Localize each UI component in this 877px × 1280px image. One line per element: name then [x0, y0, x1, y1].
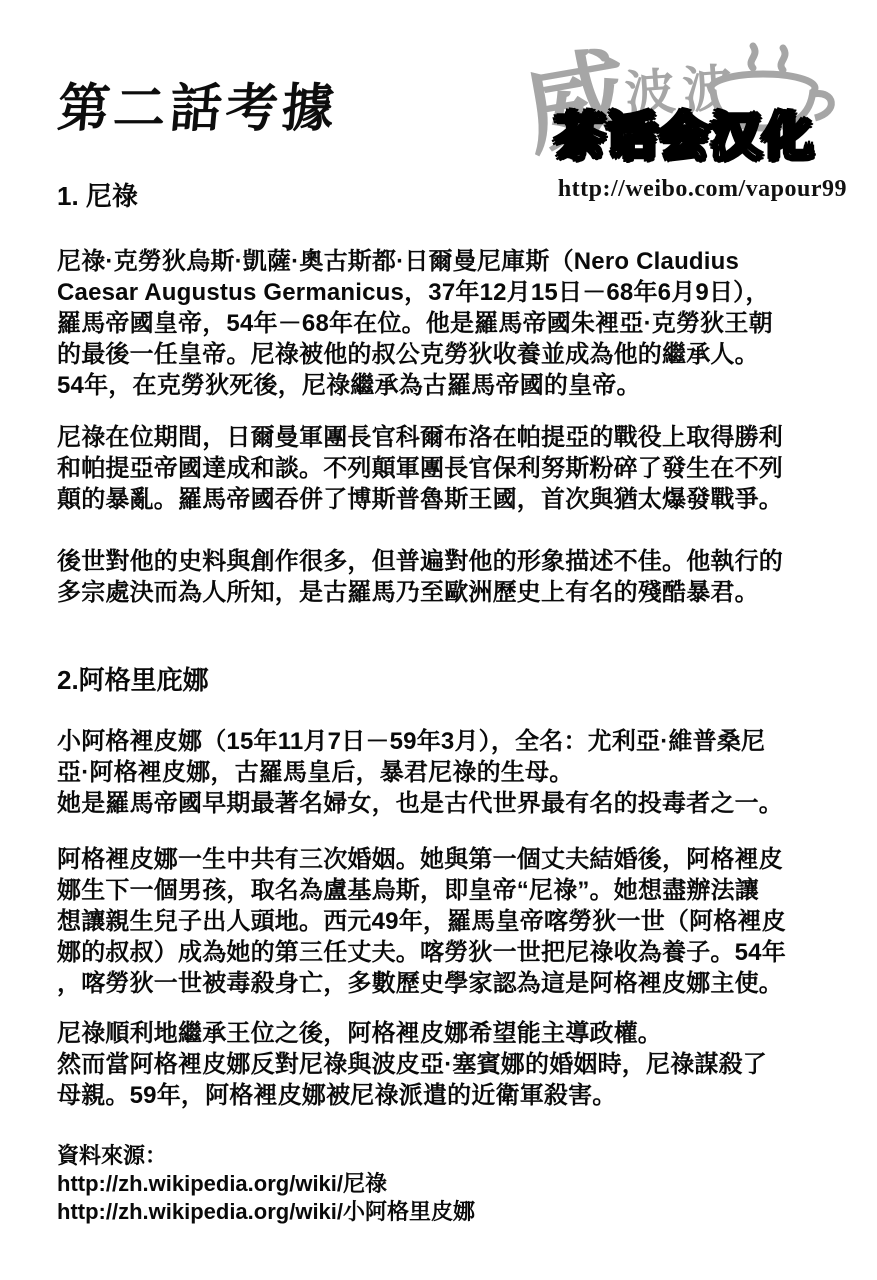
text-line: 尼祿在位期間，日爾曼軍團長官科爾布洛在帕提亞的戰役上取得勝利 — [57, 422, 783, 453]
text-line: 小阿格裡皮娜（15年11月7日－59年3月），全名：尤利亞·維普桑尼 — [57, 726, 783, 757]
text-line: 羅馬帝國皇帝，54年－68年在位。他是羅馬帝國朱裡亞·克勞狄王朝 — [57, 308, 773, 339]
page-title: 第二話考據 — [55, 66, 342, 141]
text-line: 多宗處決而為人所知，是古羅馬乃至歐洲歷史上有名的殘酷暴君。 — [57, 577, 783, 608]
text-line: 亞·阿格裡皮娜，古羅馬皇后，暴君尼祿的生母。 — [57, 757, 783, 788]
section-1-heading: 1. 尼祿 — [57, 176, 138, 213]
section-1-paragraph-2: 尼祿在位期間，日爾曼軍團長官科爾布洛在帕提亞的戰役上取得勝利 和帕提亞帝國達成和… — [57, 422, 783, 515]
scanlation-logo: 威 波波 茶话会汉化 http://weibo.com/vapour99 — [523, 40, 853, 212]
section-1-paragraph-3: 後世對他的史料與創作很多，但普遍對他的形象描述不佳。他執行的 多宗處決而為人所知… — [57, 546, 783, 608]
text-line: ，喀勞狄一世被毒殺身亡，多數歷史學家認為這是阿格裡皮娜主使。 — [57, 968, 786, 999]
text-line: 尼祿·克勞狄烏斯·凱薩·奧古斯都·日爾曼尼庫斯（Nero Claudius — [57, 246, 773, 277]
text-line: 尼祿順利地繼承王位之後，阿格裡皮娜希望能主導政權。 — [57, 1018, 767, 1049]
text-line: 後世對他的史料與創作很多，但普遍對他的形象描述不佳。他執行的 — [57, 546, 783, 577]
text-line: 娜的叔叔）成為她的第三任丈夫。喀勞狄一世把尼祿收為養子。54年 — [57, 937, 786, 968]
text-line: 阿格裡皮娜一生中共有三次婚姻。她與第一個丈夫結婚後，阿格裡皮 — [57, 844, 786, 875]
text-line: 然而當阿格裡皮娜反對尼祿與波皮亞·塞賓娜的婚姻時，尼祿謀殺了 — [57, 1049, 767, 1080]
text-line: 娜生下一個男孩，取名為盧基烏斯，即皇帝“尼祿”。她想盡辦法讓 — [57, 875, 786, 906]
text-line: Caesar Augustus Germanicus，37年12月15日－68年… — [57, 277, 773, 308]
text-line: 54年，在克勞狄死後，尼祿繼承為古羅馬帝國的皇帝。 — [57, 370, 773, 401]
text-line: 母親。59年，阿格裡皮娜被尼祿派遣的近衛軍殺害。 — [57, 1080, 767, 1111]
logo-group-name: 茶话会汉化 — [555, 110, 815, 165]
text-line: 和帕提亞帝國達成和談。不列顛軍團長官保利努斯粉碎了發生在不列 — [57, 453, 783, 484]
source-url-agrippina: http://zh.wikipedia.org/wiki/小阿格里皮娜 — [57, 1198, 475, 1226]
sources-label: 資料來源： — [57, 1142, 475, 1170]
section-2-paragraph-3: 尼祿順利地繼承王位之後，阿格裡皮娜希望能主導政權。 然而當阿格裡皮娜反對尼祿與波… — [57, 1018, 767, 1111]
section-1-paragraph-1: 尼祿·克勞狄烏斯·凱薩·奧古斯都·日爾曼尼庫斯（Nero Claudius Ca… — [57, 246, 773, 401]
section-2-paragraph-2: 阿格裡皮娜一生中共有三次婚姻。她與第一個丈夫結婚後，阿格裡皮 娜生下一個男孩，取… — [57, 844, 786, 999]
source-url-nero: http://zh.wikipedia.org/wiki/尼祿 — [57, 1170, 475, 1198]
sources-block: 資料來源： http://zh.wikipedia.org/wiki/尼祿 ht… — [57, 1142, 475, 1226]
logo-weibo-url: http://weibo.com/vapour99 — [523, 176, 847, 203]
text-line: 的最後一任皇帝。尼祿被他的叔公克勞狄收養並成為他的繼承人。 — [57, 339, 773, 370]
text-line: 顛的暴亂。羅馬帝國吞併了博斯普魯斯王國，首次與猶太爆發戰爭。 — [57, 484, 783, 515]
section-2-paragraph-1: 小阿格裡皮娜（15年11月7日－59年3月），全名：尤利亞·維普桑尼 亞·阿格裡… — [57, 726, 783, 819]
section-2-heading: 2.阿格里庇娜 — [57, 660, 209, 697]
text-line: 想讓親生兒子出人頭地。西元49年，羅馬皇帝喀勞狄一世（阿格裡皮 — [57, 906, 786, 937]
text-line: 她是羅馬帝國早期最著名婦女，也是古代世界最有名的投毒者之一。 — [57, 788, 783, 819]
